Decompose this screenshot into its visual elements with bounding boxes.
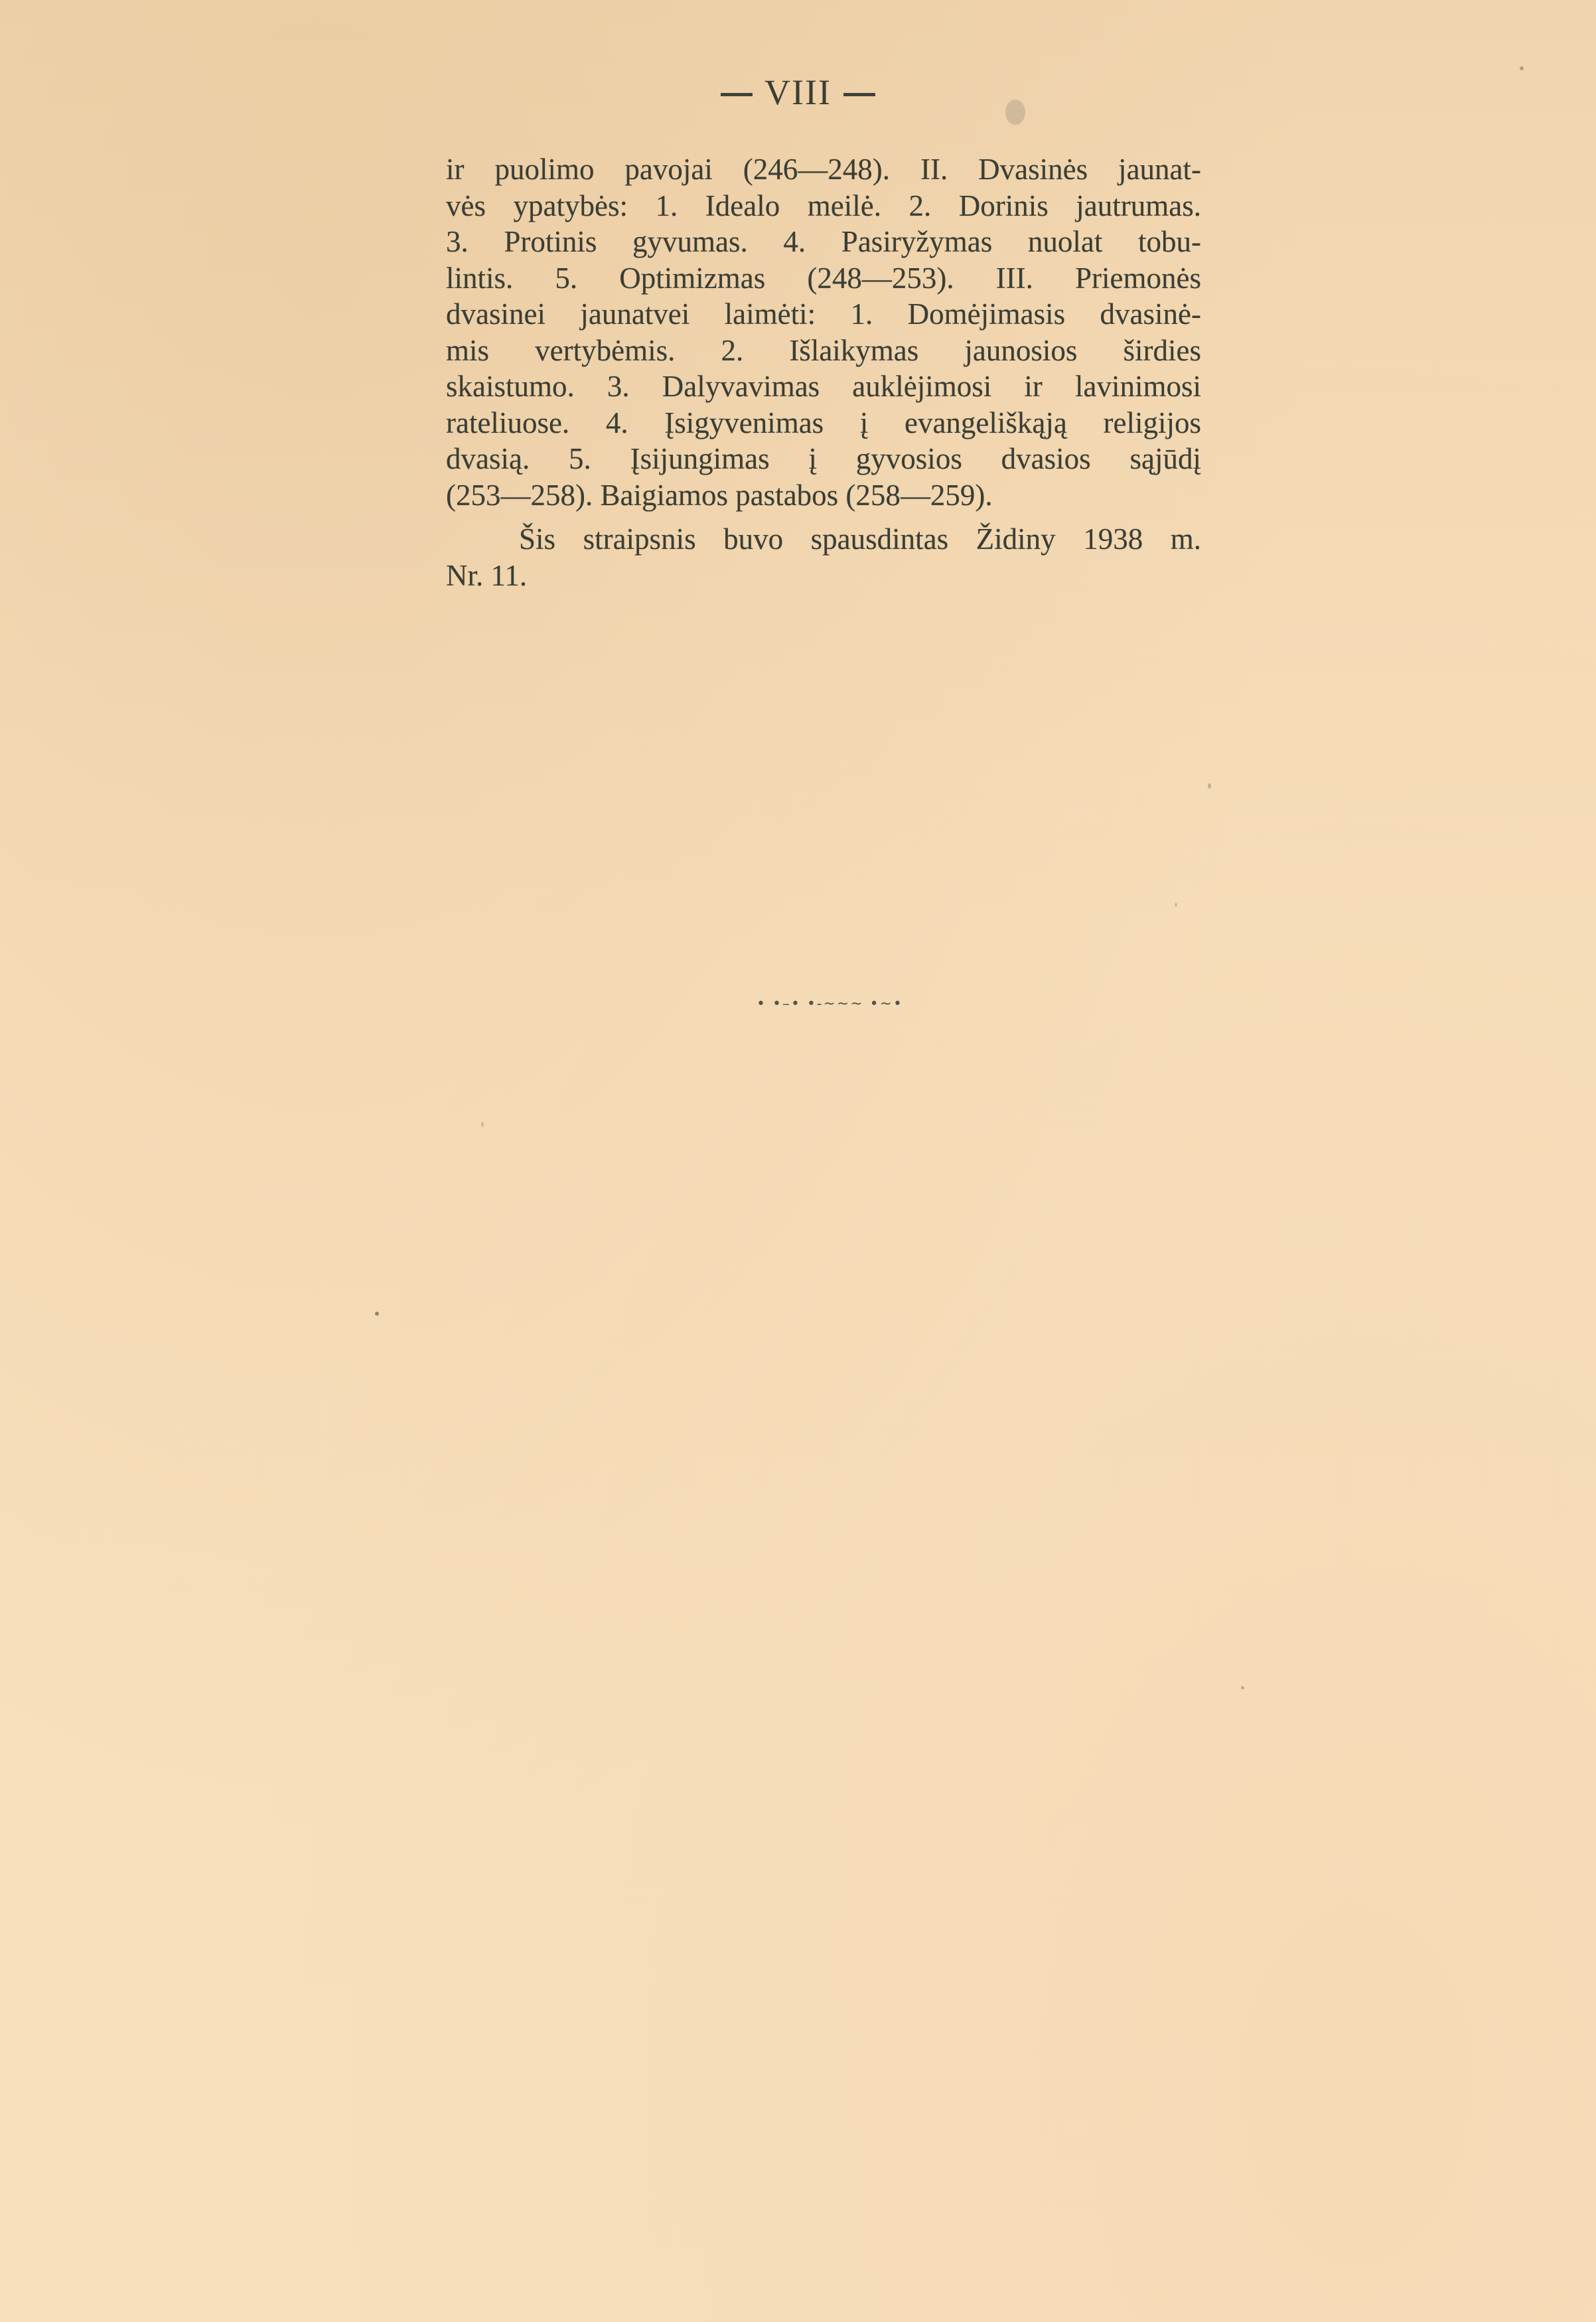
right-dash: [843, 93, 875, 96]
publication-note: Šis straipsnis buvo spausdintas Židiny 1…: [446, 521, 1201, 593]
paper-speck: [375, 1312, 379, 1316]
page-number: VIII: [764, 72, 832, 112]
text-line: lintis. 5. Optimizmas (248—253). III. Pr…: [446, 260, 1201, 297]
left-dash: [721, 93, 753, 96]
text-line: ir puolimo pavojai (246—248). II. Dvasin…: [446, 151, 1201, 188]
decorative-ornament: • •–• •-~~~ •~•: [757, 1000, 889, 1009]
text-line: vės ypatybės: 1. Idealo meilė. 2. Dorini…: [446, 188, 1201, 224]
body-text: ir puolimo pavojai (246—248). II. Dvasin…: [446, 151, 1201, 593]
paper-speck: [1175, 903, 1177, 907]
text-line: rateliuose. 4. Įsigyvenimas į evangelišk…: [446, 405, 1201, 441]
paper-speck: [1208, 783, 1211, 789]
paper-speck: [481, 1122, 484, 1127]
text-line: (253—258). Baigiamos pastabos (258—259).: [446, 477, 1201, 514]
text-line: dvasinei jaunatvei laimėti: 1. Domėjimas…: [446, 296, 1201, 333]
text-line: skaistumo. 3. Dalyvavimas auklėjimosi ir…: [446, 368, 1201, 405]
contents-paragraph: ir puolimo pavojai (246—248). II. Dvasin…: [446, 151, 1201, 513]
note-line: Šis straipsnis buvo spausdintas Židiny 1…: [446, 521, 1201, 558]
paper-speck: [1241, 1686, 1244, 1689]
scanned-page: VIII ir puolimo pavojai (246—248). II. D…: [0, 0, 1596, 2322]
page-number-header: VIII: [0, 72, 1596, 113]
note-line: Nr. 11.: [446, 558, 1201, 594]
text-line: dvasią. 5. Įsijungimas į gyvosios dvasio…: [446, 441, 1201, 477]
text-line: 3. Protinis gyvumas. 4. Pasiryžymas nuol…: [446, 224, 1201, 260]
paper-stain: [1005, 100, 1025, 125]
paper-speck: [1520, 66, 1524, 70]
text-line: mis vertybėmis. 2. Išlaikymas jaunosios …: [446, 333, 1201, 369]
